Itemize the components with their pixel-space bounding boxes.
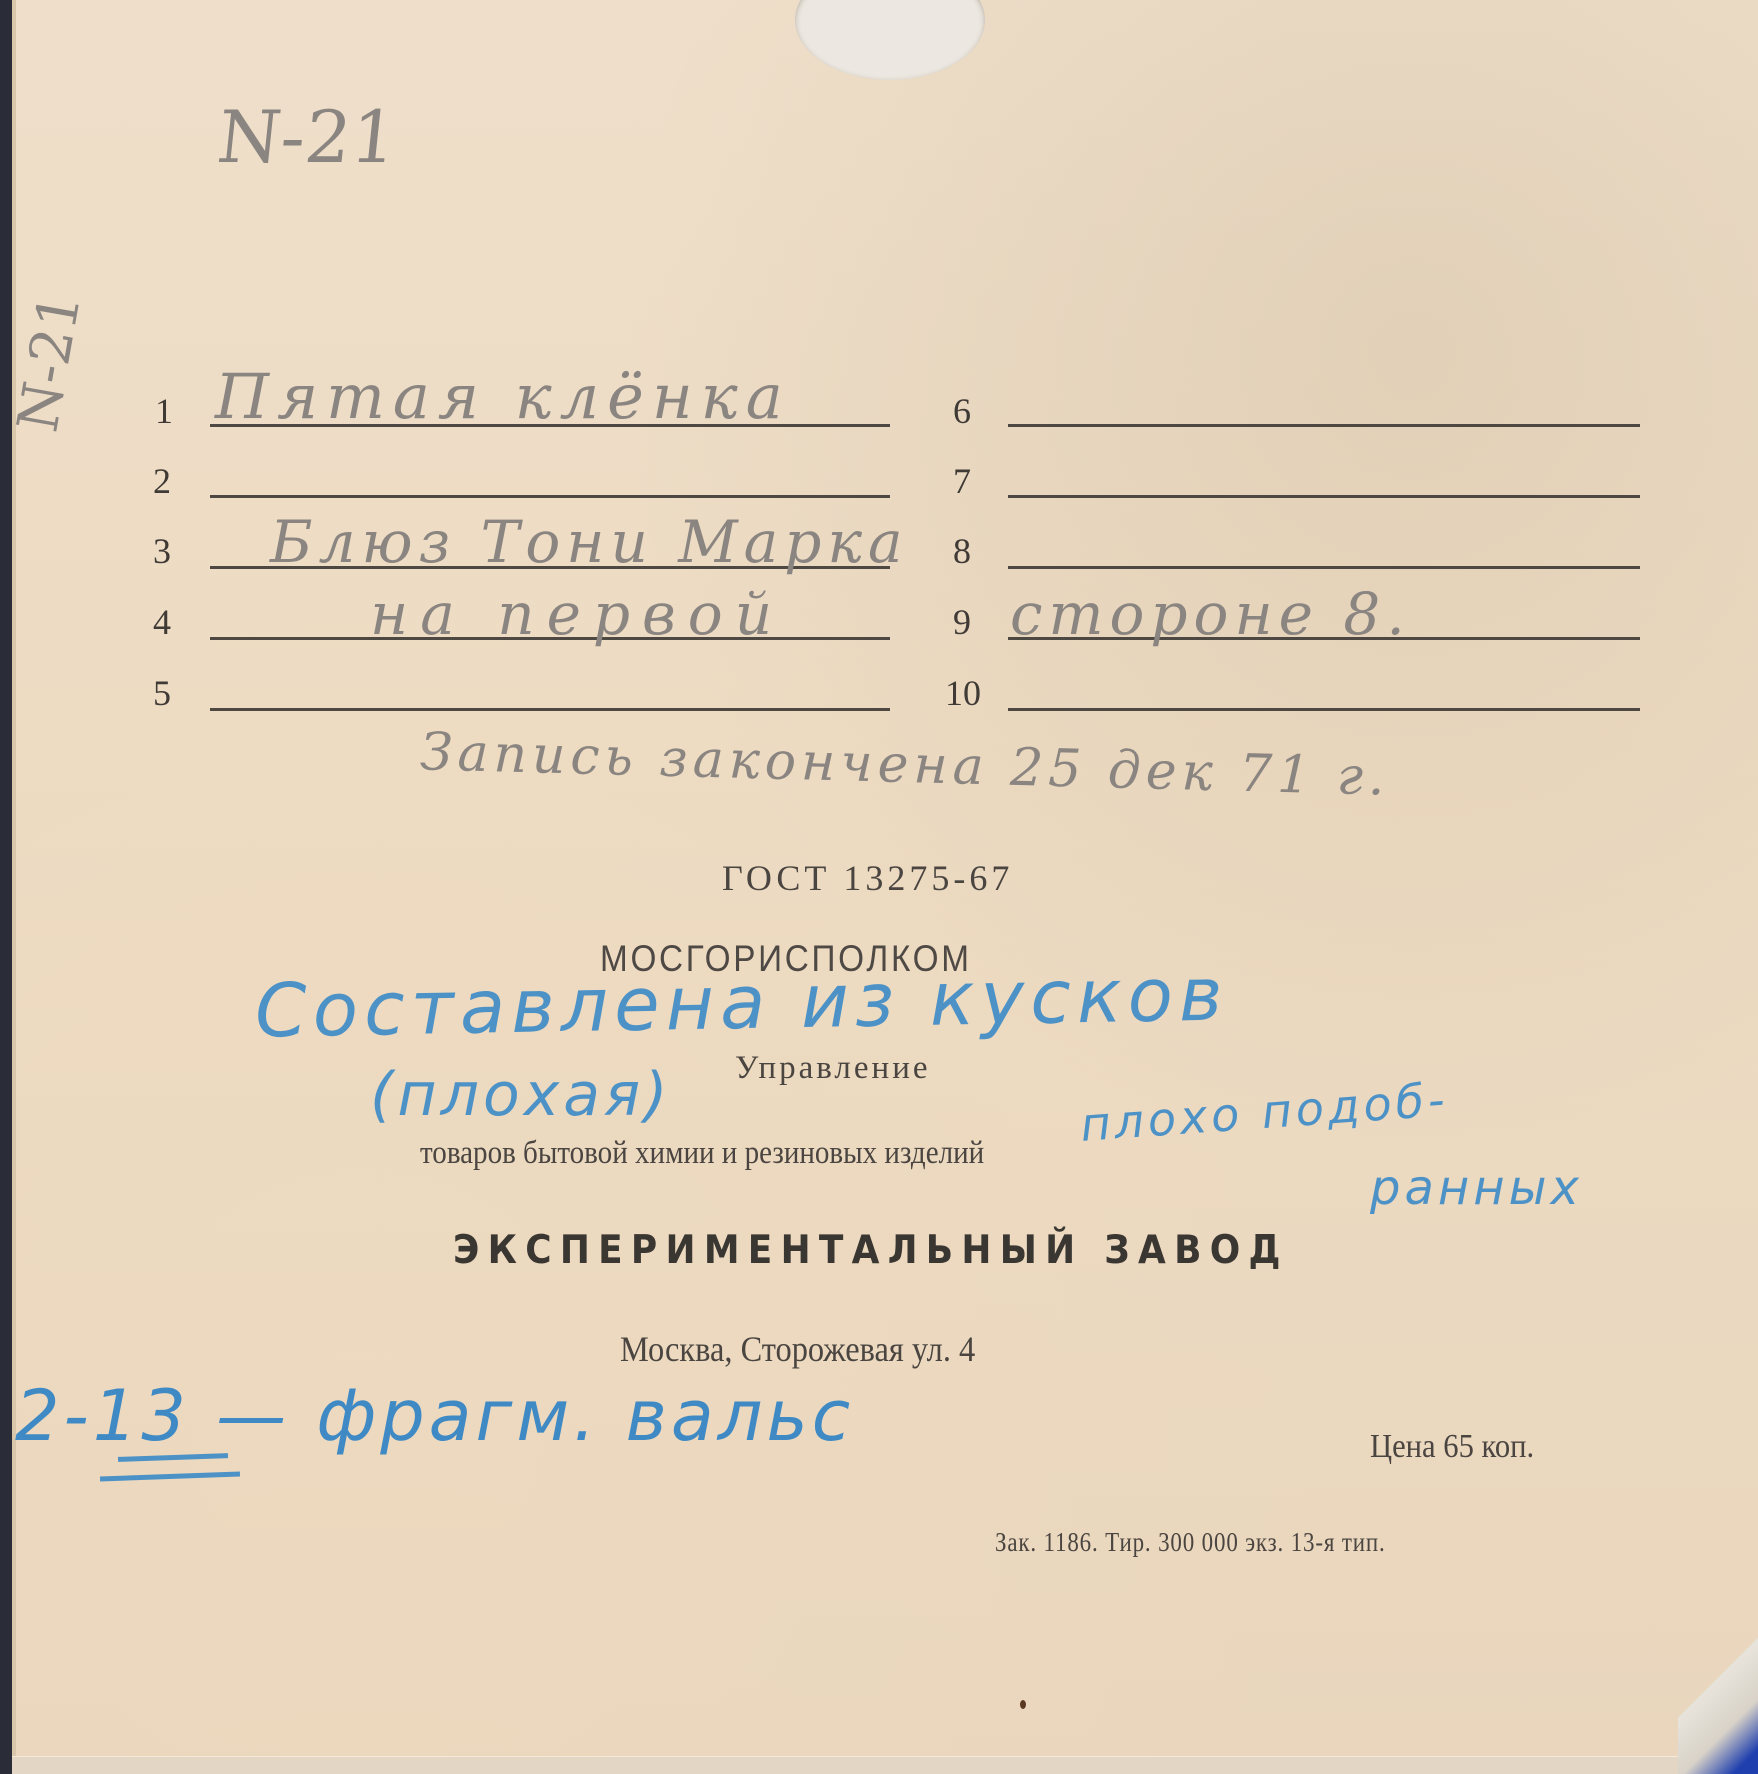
track-entry-4: на первой — [370, 580, 784, 648]
row-number-8: 8 — [953, 530, 971, 572]
row-rule-10 — [1008, 708, 1640, 711]
blue-note-bottom: 2-13 — фрагм. вальс — [15, 1375, 854, 1457]
row-number-4: 4 — [153, 601, 171, 643]
department-line-2: товаров бытовой химии и резиновых издели… — [420, 1135, 984, 1172]
row-rule-7 — [1008, 495, 1640, 498]
manufacturer-name: ЭКСПЕРИМЕНТАЛЬНЫЙ ЗАВОД — [453, 1228, 1289, 1273]
row-number-2: 2 — [153, 460, 171, 502]
row-rule-8 — [1008, 566, 1640, 569]
department-line-1: Управление — [735, 1050, 931, 1087]
row-number-5: 5 — [153, 672, 171, 714]
row-number-1: 1 — [155, 390, 173, 432]
blue-note-line-1: Составлена из кусков — [254, 952, 1229, 1055]
blue-note-line-2: (плохая) — [370, 1060, 671, 1130]
track-entry-3: Блюз Тони Марка — [270, 508, 909, 576]
track-entry-1: Пятая клёнка — [215, 360, 791, 433]
card-bottom-edge — [12, 1756, 1758, 1774]
torn-corner — [1678, 1604, 1758, 1774]
row-rule-5 — [210, 708, 890, 711]
gost-standard: ГОСТ 13275-67 — [722, 857, 1013, 899]
row-rule-6 — [1008, 424, 1640, 427]
blue-note-line-4: ранных — [1370, 1160, 1583, 1216]
row-number-10: 10 — [945, 672, 981, 714]
row-rule-2 — [210, 495, 890, 498]
manufacturer-address: Москва, Сторожевая ул. 4 — [620, 1328, 975, 1370]
print-imprint: Зак. 1186. Тир. 300 000 экз. 13-я тип. — [995, 1527, 1386, 1558]
handwritten-number-top: N-21 — [214, 95, 402, 179]
row-number-3: 3 — [153, 530, 171, 572]
track-entry-9: стороне 8. — [1010, 580, 1411, 648]
row-number-9: 9 — [953, 601, 971, 643]
row-number-7: 7 — [953, 460, 971, 502]
ink-speck — [1020, 1700, 1026, 1709]
price-label: Цена 65 коп. — [1370, 1428, 1534, 1466]
row-number-6: 6 — [953, 390, 971, 432]
